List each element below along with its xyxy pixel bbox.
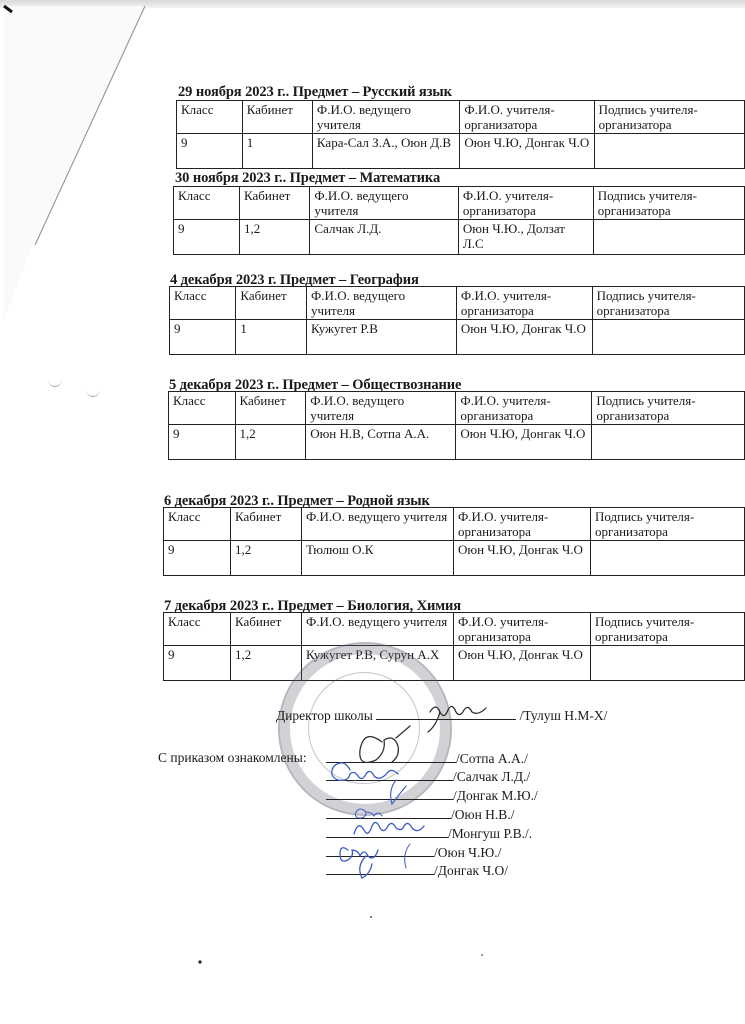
handwritten-signatures: [0, 0, 745, 1024]
document-page: 29 ноября 2023 г.. Предмет – Русский язы…: [0, 0, 745, 1024]
